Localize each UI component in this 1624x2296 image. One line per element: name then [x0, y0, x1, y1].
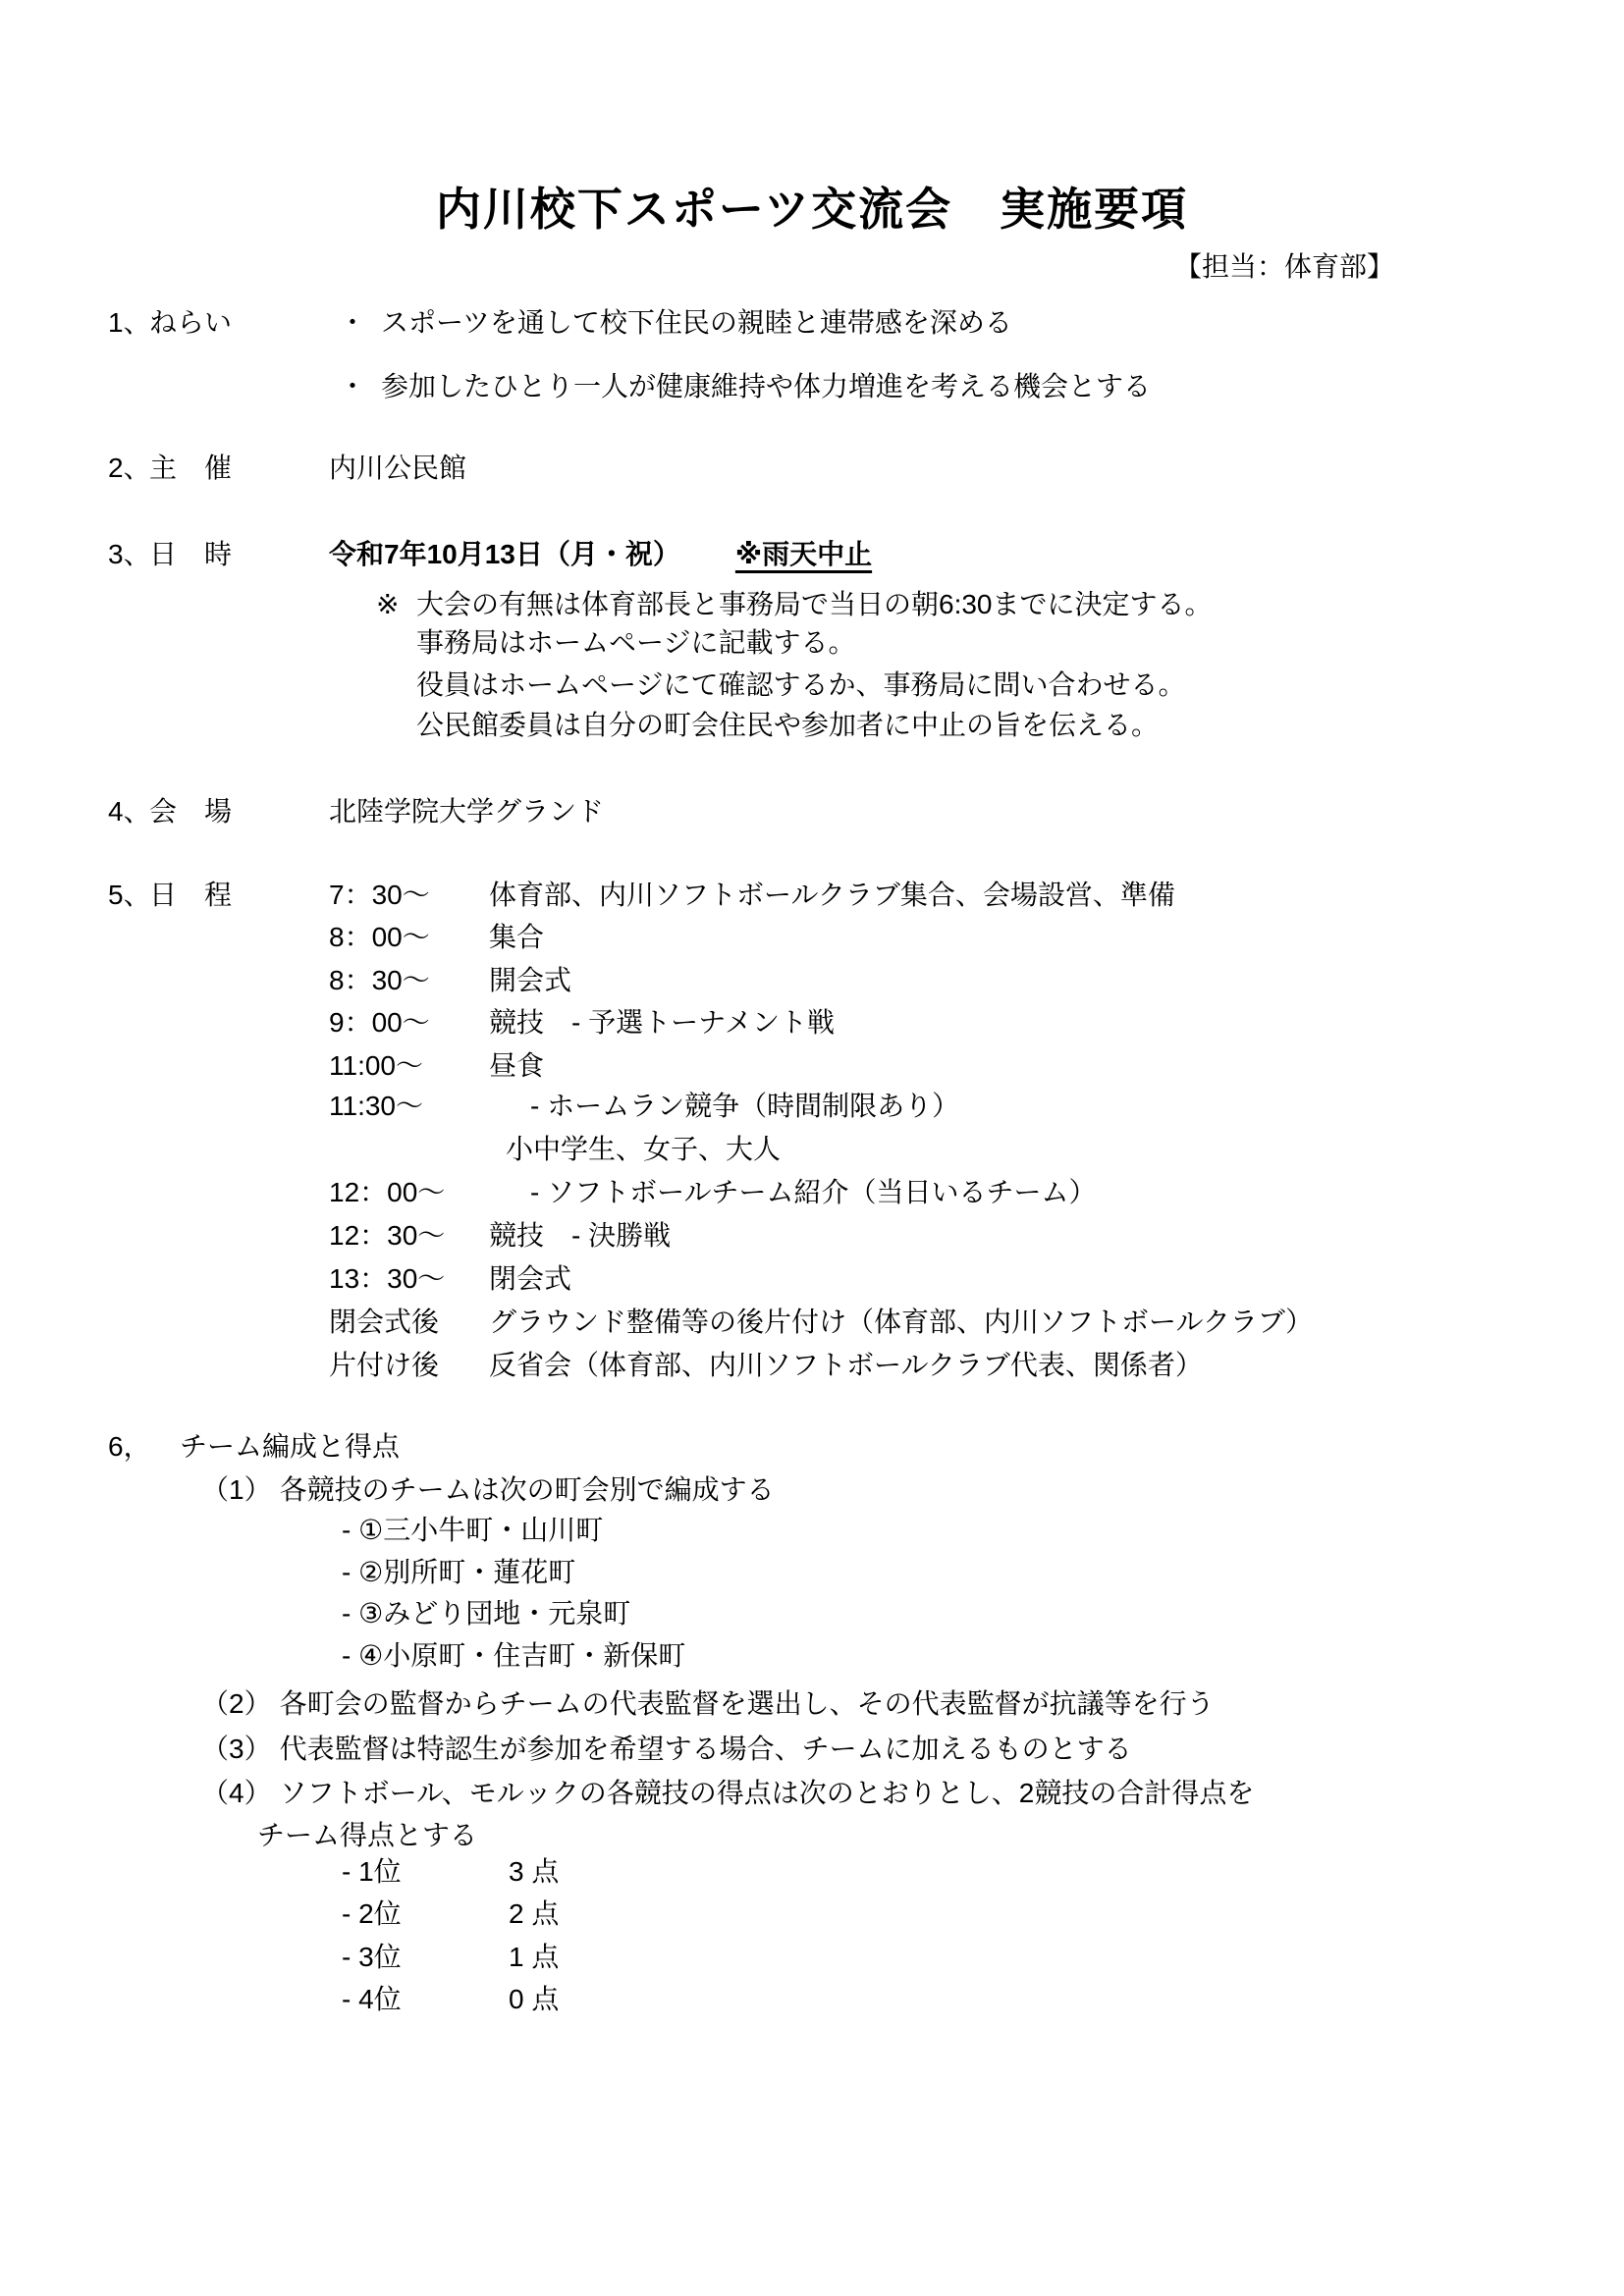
schedule-time: 閉会式後 — [329, 1308, 439, 1336]
schedule-time: 13：30～ — [329, 1265, 445, 1293]
rule-marker: （4） — [201, 1778, 272, 1808]
goal-bullet: ・ — [339, 373, 366, 400]
schedule-activity: 閉会式 — [489, 1265, 571, 1293]
schedule-time: 12：00～ — [329, 1179, 445, 1206]
schedule-activity: - ソフトボールチーム紹介（当日いるチーム） — [530, 1179, 1097, 1206]
charge-label: 【担当：体育部】 — [1174, 253, 1394, 281]
rule-text: 各競技のチームは次の町会別で編成する — [280, 1474, 775, 1505]
note-line: 公民館委員は自分の町会住民や参加者に中止の旨を伝える。 — [416, 712, 1159, 739]
goal-item: 参加したひとり一人が健康維持や体力増進を考える機会とする — [381, 373, 1151, 400]
section3-label: 日 時 — [149, 541, 232, 568]
schedule-activity: 体育部、内川ソフトボールクラブ集合、会場設営、準備 — [489, 881, 1175, 909]
schedule-time: 片付け後 — [329, 1352, 439, 1379]
schedule-activity: 集合 — [489, 924, 544, 951]
note-line: 事務局はホームページに記載する。 — [416, 629, 855, 657]
schedule-time: 11:30～ — [329, 1093, 423, 1120]
section2-number: 2、 — [108, 454, 151, 482]
schedule-activity: 開会式 — [489, 967, 571, 994]
organizer-value: 内川公民館 — [329, 454, 466, 482]
goal-bullet: ・ — [339, 309, 366, 337]
schedule-activity: 競技 - 予選トーナメント戦 — [489, 1009, 835, 1037]
schedule-time: 8：00～ — [329, 924, 430, 951]
rule-text: 代表監督は特認生が参加を希望する場合、チームに加えるものとする — [280, 1734, 1132, 1764]
rule-item-1: （1）各競技のチームは次の町会別で編成する — [201, 1476, 775, 1504]
section5-label: 日 程 — [149, 881, 232, 909]
schedule-time: 9：00～ — [329, 1009, 430, 1037]
point-value: 0 点 — [509, 1986, 559, 2013]
schedule-activity: 競技 - 決勝戦 — [489, 1222, 671, 1250]
point-rank: - 2位 — [342, 1900, 402, 1928]
schedule-time: 11:00～ — [329, 1052, 423, 1080]
section4-number: 4、 — [108, 798, 151, 826]
rule-marker: （3） — [201, 1734, 272, 1764]
schedule-activity: 反省会（体育部、内川ソフトボールクラブ代表、関係者） — [489, 1352, 1203, 1379]
event-date-line: 令和7年10月13日（月・祝）※雨天中止 — [329, 541, 872, 568]
section1-label: ねらい — [149, 309, 232, 337]
document-page: 内川校下スポーツ交流会 実施要項 【担当：体育部】 1、 ねらい ・ スポーツを… — [0, 0, 1624, 2296]
goal-item: スポーツを通して校下住民の親睦と連帯感を深める — [381, 309, 1012, 337]
point-rank: - 1位 — [342, 1858, 402, 1886]
rule-marker: （1） — [201, 1474, 272, 1505]
section6-number: 6， — [108, 1433, 151, 1461]
team-item: - ①三小牛町・山川町 — [342, 1517, 603, 1544]
rule-item-4-continuation: チーム得点とする — [257, 1822, 477, 1849]
rule-item-3: （3）代表監督は特認生が参加を希望する場合、チームに加えるものとする — [201, 1735, 1132, 1763]
rain-cancel-note: ※雨天中止 — [735, 539, 872, 569]
team-item: - ③みどり団地・元泉町 — [342, 1600, 630, 1628]
rule-text: 各町会の監督からチームの代表監督を選出し、その代表監督が抗議等を行う — [280, 1688, 1215, 1719]
schedule-time: 7：30～ — [329, 881, 430, 909]
rule-text: ソフトボール、モルックの各競技の得点は次のとおりとし、2競技の合計得点を — [280, 1778, 1255, 1808]
schedule-time: 8：30～ — [329, 967, 430, 994]
point-rank: - 4位 — [342, 1986, 402, 2013]
point-value: 1 点 — [509, 1944, 559, 1971]
team-item: - ②別所町・蓮花町 — [342, 1559, 575, 1586]
schedule-time: 12：30～ — [329, 1222, 445, 1250]
note-line: 大会の有無は体育部長と事務局で当日の朝6:30までに決定する。 — [416, 591, 1213, 618]
section6-label: チーム編成と得点 — [180, 1433, 400, 1461]
section2-label: 主 催 — [149, 454, 232, 482]
point-value: 3 点 — [509, 1858, 559, 1886]
point-rank: - 3位 — [342, 1944, 402, 1971]
schedule-activity: 昼食 — [489, 1052, 544, 1080]
document-title: 内川校下スポーツ交流会 実施要項 — [0, 187, 1624, 232]
section1-number: 1、 — [108, 309, 151, 337]
note-marker: ※ — [376, 591, 399, 618]
schedule-activity: - ホームラン競争（時間制限あり） — [530, 1093, 959, 1120]
rule-item-2: （2）各町会の監督からチームの代表監督を選出し、その代表監督が抗議等を行う — [201, 1690, 1215, 1718]
rule-item-4: （4）ソフトボール、モルックの各競技の得点は次のとおりとし、2競技の合計得点を — [201, 1780, 1254, 1807]
team-item: - ④小原町・住吉町・新保町 — [342, 1642, 685, 1670]
event-date: 令和7年10月13日（月・祝） — [329, 539, 680, 569]
rule-marker: （2） — [201, 1688, 272, 1719]
note-line: 役員はホームページにて確認するか、事務局に問い合わせる。 — [416, 671, 1185, 699]
schedule-activity: グラウンド整備等の後片付け（体育部、内川ソフトボールクラブ） — [489, 1308, 1313, 1336]
section5-number: 5、 — [108, 881, 151, 909]
point-value: 2 点 — [509, 1900, 559, 1928]
section3-number: 3、 — [108, 541, 151, 568]
schedule-activity: 小中学生、女子、大人 — [506, 1136, 781, 1163]
venue-value: 北陸学院大学グランド — [329, 798, 604, 826]
section4-label: 会 場 — [149, 798, 232, 826]
